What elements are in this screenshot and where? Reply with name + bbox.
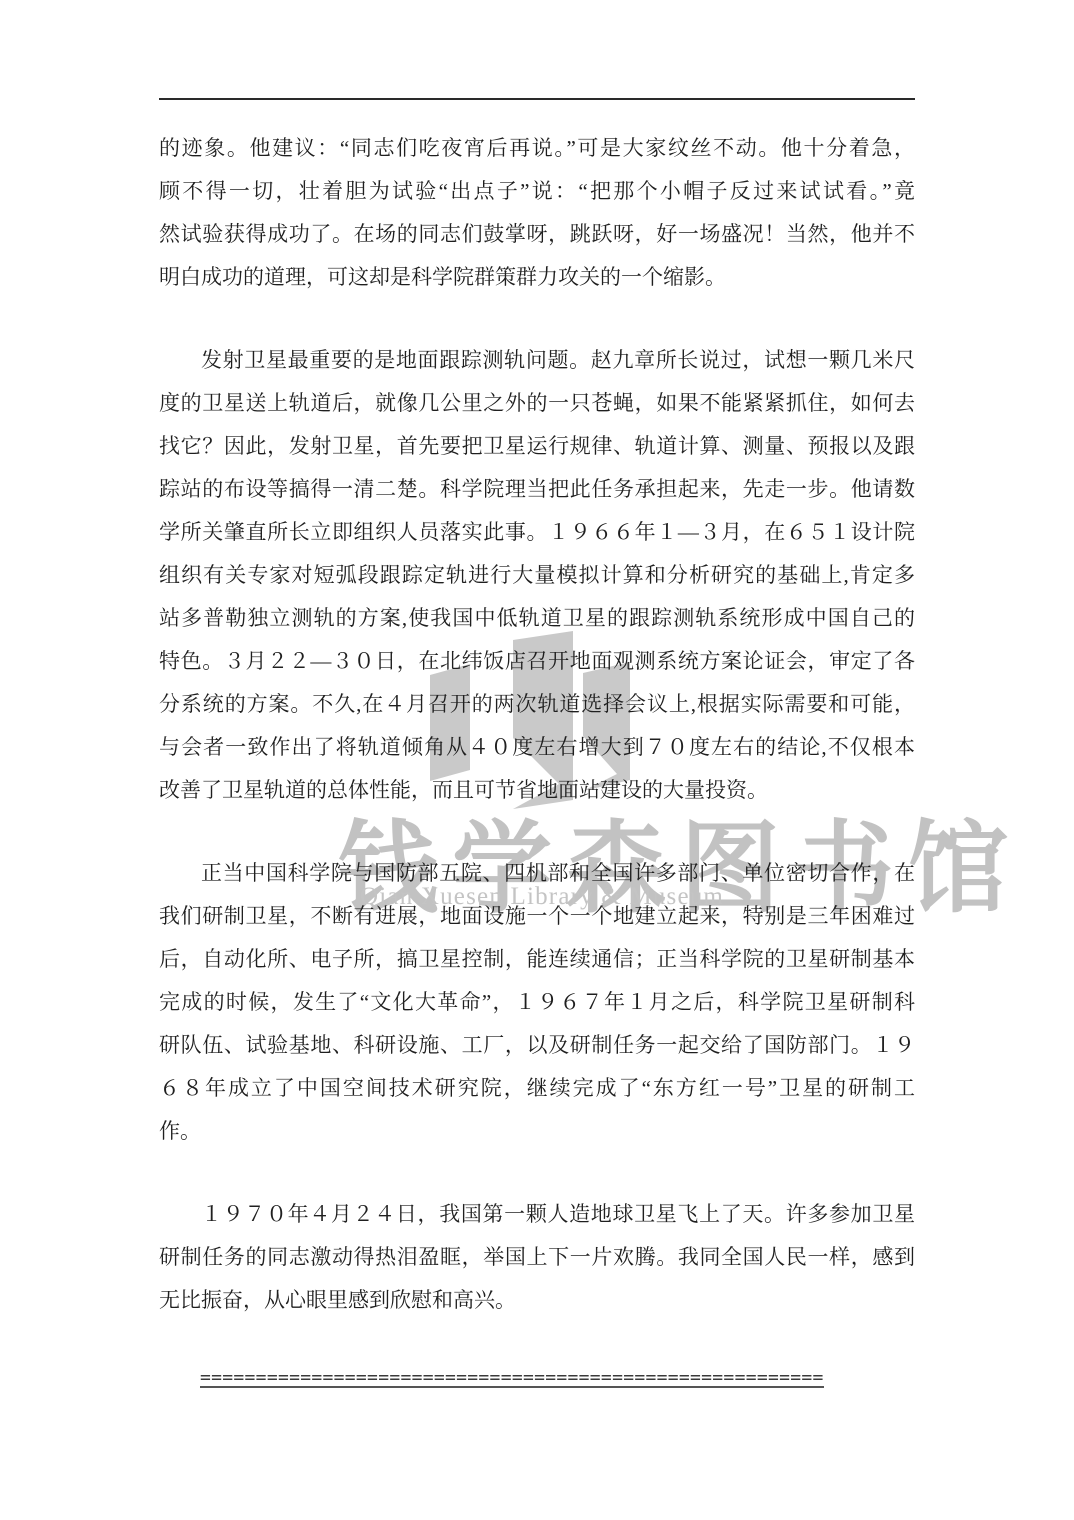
text-line: 发射卫星最重要的是地面跟踪测轨问题。赵九章所长说过，试想一颗几米尺 bbox=[159, 339, 915, 382]
text-line: 明白成功的道理，可这却是科学院群策群力攻关的一个缩影。 bbox=[159, 256, 915, 299]
text-line: 踪站的布设等搞得一清二楚。科学院理当把此任务承担起来，先走一步。他请数 bbox=[159, 468, 915, 511]
document-body: 的迹象。他建议：“同志们吃夜宵后再说。”可是大家纹丝不动。他十分着急，顾不得一切… bbox=[159, 127, 915, 1389]
text-line: 我们研制卫星，不断有进展，地面设施一个一个地建立起来，特别是三年困难过 bbox=[159, 895, 915, 938]
text-line: 学所关肇直所长立即组织人员落实此事。１９６６年１—３月，在６５１设计院 bbox=[159, 511, 915, 554]
text-line: 站多普勒独立测轨的方案,使我国中低轨道卫星的跟踪测轨系统形成中国自己的 bbox=[159, 597, 915, 640]
text-line: 然试验获得成功了。在场的同志们鼓掌呀，跳跃呀，好一场盛况！当然，他并不 bbox=[159, 213, 915, 256]
paragraph-4: １９７０年４月２４日，我国第一颗人造地球卫星飞上了天。许多参加卫星研制任务的同志… bbox=[159, 1193, 915, 1322]
section-divider: ========================================… bbox=[200, 1370, 824, 1388]
text-line: 顾不得一切，壮着胆为试验“出点子”说：“把那个小帽子反过来试试看。”竟 bbox=[159, 170, 915, 213]
text-line: 作。 bbox=[159, 1110, 915, 1153]
text-line: 完成的时候，发生了“文化大革命”，１９６７年１月之后，科学院卫星研制科 bbox=[159, 981, 915, 1024]
text-line: 度的卫星送上轨道后，就像几公里之外的一只苍蝇，如果不能紧紧抓住，如何去 bbox=[159, 382, 915, 425]
text-line: １９７０年４月２４日，我国第一颗人造地球卫星飞上了天。许多参加卫星 bbox=[159, 1193, 915, 1236]
text-line: 研制任务的同志激动得热泪盈眶，举国上下一片欢腾。我同全国人民一样，感到 bbox=[159, 1236, 915, 1279]
paragraph-2: 发射卫星最重要的是地面跟踪测轨问题。赵九章所长说过，试想一颗几米尺度的卫星送上轨… bbox=[159, 339, 915, 812]
text-line: 分系统的方案。不久,在４月召开的两次轨道选择会议上,根据实际需要和可能， bbox=[159, 683, 915, 726]
text-line: 与会者一致作出了将轨道倾角从４０度左右增大到７０度左右的结论,不仅根本 bbox=[159, 726, 915, 769]
text-line: 找它？因此，发射卫星，首先要把卫星运行规律、轨道计算、测量、预报以及跟 bbox=[159, 425, 915, 468]
text-line: 后，自动化所、电子所，搞卫星控制，能连续通信；正当科学院的卫星研制基本 bbox=[159, 938, 915, 981]
paragraph-1: 的迹象。他建议：“同志们吃夜宵后再说。”可是大家纹丝不动。他十分着急，顾不得一切… bbox=[159, 127, 915, 299]
text-line: 研队伍、试验基地、科研设施、工厂，以及研制任务一起交给了国防部门。１９ bbox=[159, 1024, 915, 1067]
text-line: ６８年成立了中国空间技术研究院，继续完成了“东方红一号”卫星的研制工 bbox=[159, 1067, 915, 1110]
text-line: 的迹象。他建议：“同志们吃夜宵后再说。”可是大家纹丝不动。他十分着急， bbox=[159, 127, 915, 170]
text-line: 正当中国科学院与国防部五院、四机部和全国许多部门、单位密切合作，在 bbox=[159, 852, 915, 895]
text-line: 特色。３月２２—３０日，在北纬饭店召开地面观测系统方案论证会，审定了各 bbox=[159, 640, 915, 683]
text-line: 组织有关专家对短弧段跟踪定轨进行大量模拟计算和分析研究的基础上,肯定多 bbox=[159, 554, 915, 597]
paragraph-3: 正当中国科学院与国防部五院、四机部和全国许多部门、单位密切合作，在我们研制卫星，… bbox=[159, 852, 915, 1153]
text-line: 改善了卫星轨道的总体性能，而且可节省地面站建设的大量投资。 bbox=[159, 769, 915, 812]
document-page: 钱学森图书馆 Qian Xuesen Library & Museum 的迹象。… bbox=[0, 0, 1074, 1520]
text-line: 无比振奋，从心眼里感到欣慰和高兴。 bbox=[159, 1279, 915, 1322]
